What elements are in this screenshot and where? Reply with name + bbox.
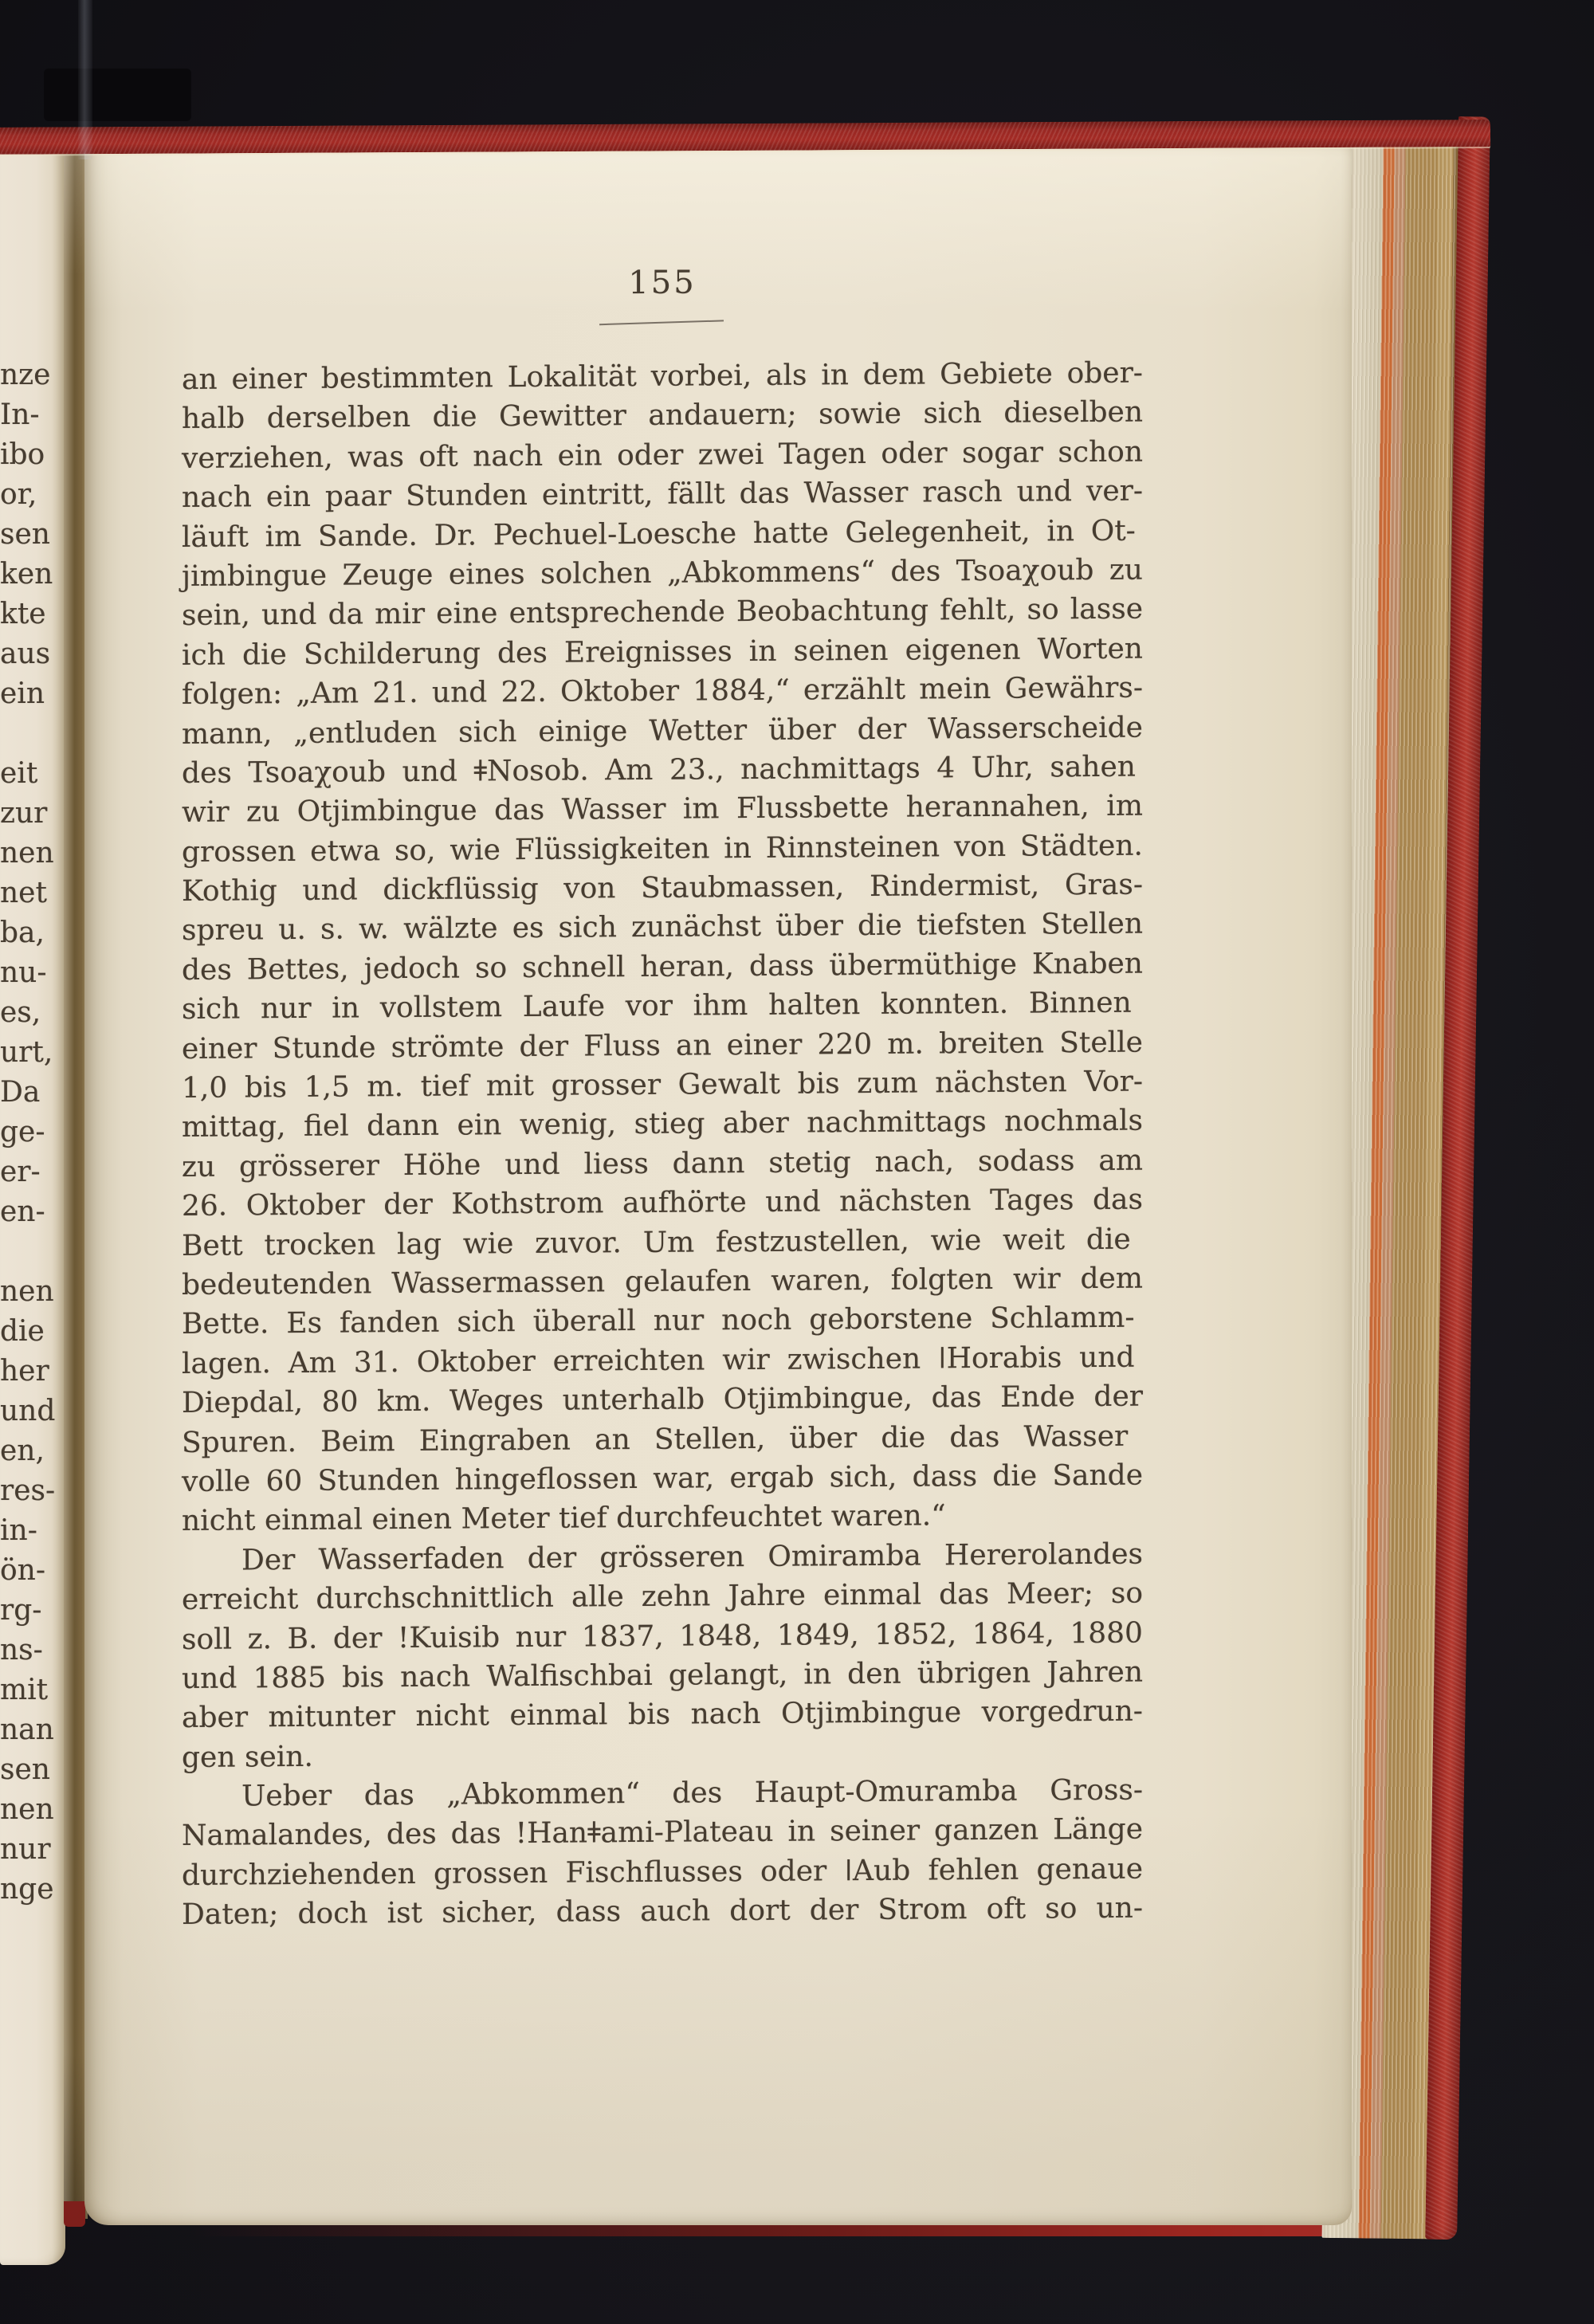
book-photo: nzeIn-iboor,senkenkteauseineitzurnennetb… bbox=[0, 0, 1594, 2324]
text-line: Spuren. Beim Eingraben an Stellen, über … bbox=[182, 1416, 1143, 1462]
text-line: Der Wasserfaden der grösseren Omiramba H… bbox=[182, 1534, 1143, 1580]
text-line: mann, „entluden sich einige Wetter über … bbox=[182, 708, 1143, 754]
text-line: gen sein. bbox=[182, 1731, 1143, 1777]
page-number: 155 bbox=[182, 261, 1143, 304]
text-line: bedeutenden Wassermassen gelaufen waren,… bbox=[182, 1259, 1143, 1305]
text-line: und 1885 bis nach Walfischbai gelangt, i… bbox=[182, 1652, 1143, 1698]
text-line: 1,0 bis 1,5 m. tief mit grosser Gewalt b… bbox=[182, 1062, 1143, 1109]
text-line: jimbingue Zeuge eines solchen „Abkommens… bbox=[182, 551, 1143, 597]
text-line: spreu u. s. w. wälzte es sich zunächst ü… bbox=[182, 905, 1143, 951]
text-line: des Tsoaχoub und ǂNosob. Am 23., nachmit… bbox=[182, 747, 1143, 793]
text-line: Bett trocken lag wie zuvor. Um festzuste… bbox=[182, 1219, 1143, 1266]
text-line: sich nur in vollstem Laufe vor ihm halte… bbox=[182, 983, 1143, 1030]
text-line: Bette. Es fanden sich überall nur noch g… bbox=[182, 1298, 1143, 1345]
text-line: an einer bestimmten Lokalität vorbei, al… bbox=[182, 354, 1143, 400]
page-number-underline bbox=[599, 320, 724, 325]
text-line: folgen: „Am 21. und 22. Oktober 1884,“ e… bbox=[182, 669, 1143, 715]
text-line: sein, und da mir eine entsprechende Beob… bbox=[182, 590, 1143, 636]
text-line: soll z. B. der !Kuisib nur 1837, 1848, 1… bbox=[182, 1613, 1143, 1659]
text-line: Daten; doch ist sicher, dass auch dort d… bbox=[182, 1889, 1143, 1935]
text-line: Namalandes, des das !Hanǂami-Plateau in … bbox=[182, 1810, 1143, 1856]
text-line: Kothig und dickflüssig von Staubmassen, … bbox=[182, 866, 1143, 912]
text-line: halb derselben die Gewitter andauern; so… bbox=[182, 393, 1143, 439]
text-line: lagen. Am 31. Oktober erreichten wir zwi… bbox=[182, 1337, 1143, 1384]
text-line: nicht einmal einen Meter tief durchfeuch… bbox=[182, 1495, 1143, 1541]
text-line: nach ein paar Stunden eintritt, fällt da… bbox=[182, 472, 1143, 518]
text-line: zu grösserer Höhe und liess dann stetig … bbox=[182, 1140, 1143, 1187]
text-line: 26. Oktober der Kothstrom aufhörte und n… bbox=[182, 1180, 1143, 1227]
text-line: Diepdal, 80 km. Weges unterhalb Otjimbin… bbox=[182, 1377, 1143, 1423]
text-block: an einer bestimmten Lokalität vorbei, al… bbox=[182, 354, 1143, 1935]
text-line: des Bettes, jedoch so schnell heran, das… bbox=[182, 944, 1143, 990]
text-line: läuft im Sande. Dr. Pechuel-Loesche hatt… bbox=[182, 511, 1143, 557]
text-line: mittag, fiel dann ein wenig, stieg aber … bbox=[182, 1101, 1143, 1148]
text-line: erreicht durchschnittlich alle zehn Jahr… bbox=[182, 1574, 1143, 1620]
text-line: ich die Schilderung des Ereignisses in s… bbox=[182, 629, 1143, 675]
text-line: Ueber das „Abkommen“ des Haupt-Omuramba … bbox=[182, 1771, 1143, 1817]
text-line: wir zu Otjimbingue das Wasser im Flussbe… bbox=[182, 787, 1143, 833]
text-line: durchziehenden grossen Fischflusses oder… bbox=[182, 1849, 1143, 1895]
text-line: verziehen, was oft nach ein oder zwei Ta… bbox=[182, 432, 1143, 478]
page-content: 155 an einer bestimmten Lokalität vorbei… bbox=[0, 0, 1594, 2324]
text-line: volle 60 Stunden hingeflossen war, ergab… bbox=[182, 1456, 1143, 1502]
text-line: grossen etwa so, wie Flüssigkeiten in Ri… bbox=[182, 826, 1143, 872]
text-line: einer Stunde strömte der Fluss an einer … bbox=[182, 1023, 1143, 1069]
text-line: aber mitunter nicht einmal bis nach Otji… bbox=[182, 1692, 1143, 1738]
